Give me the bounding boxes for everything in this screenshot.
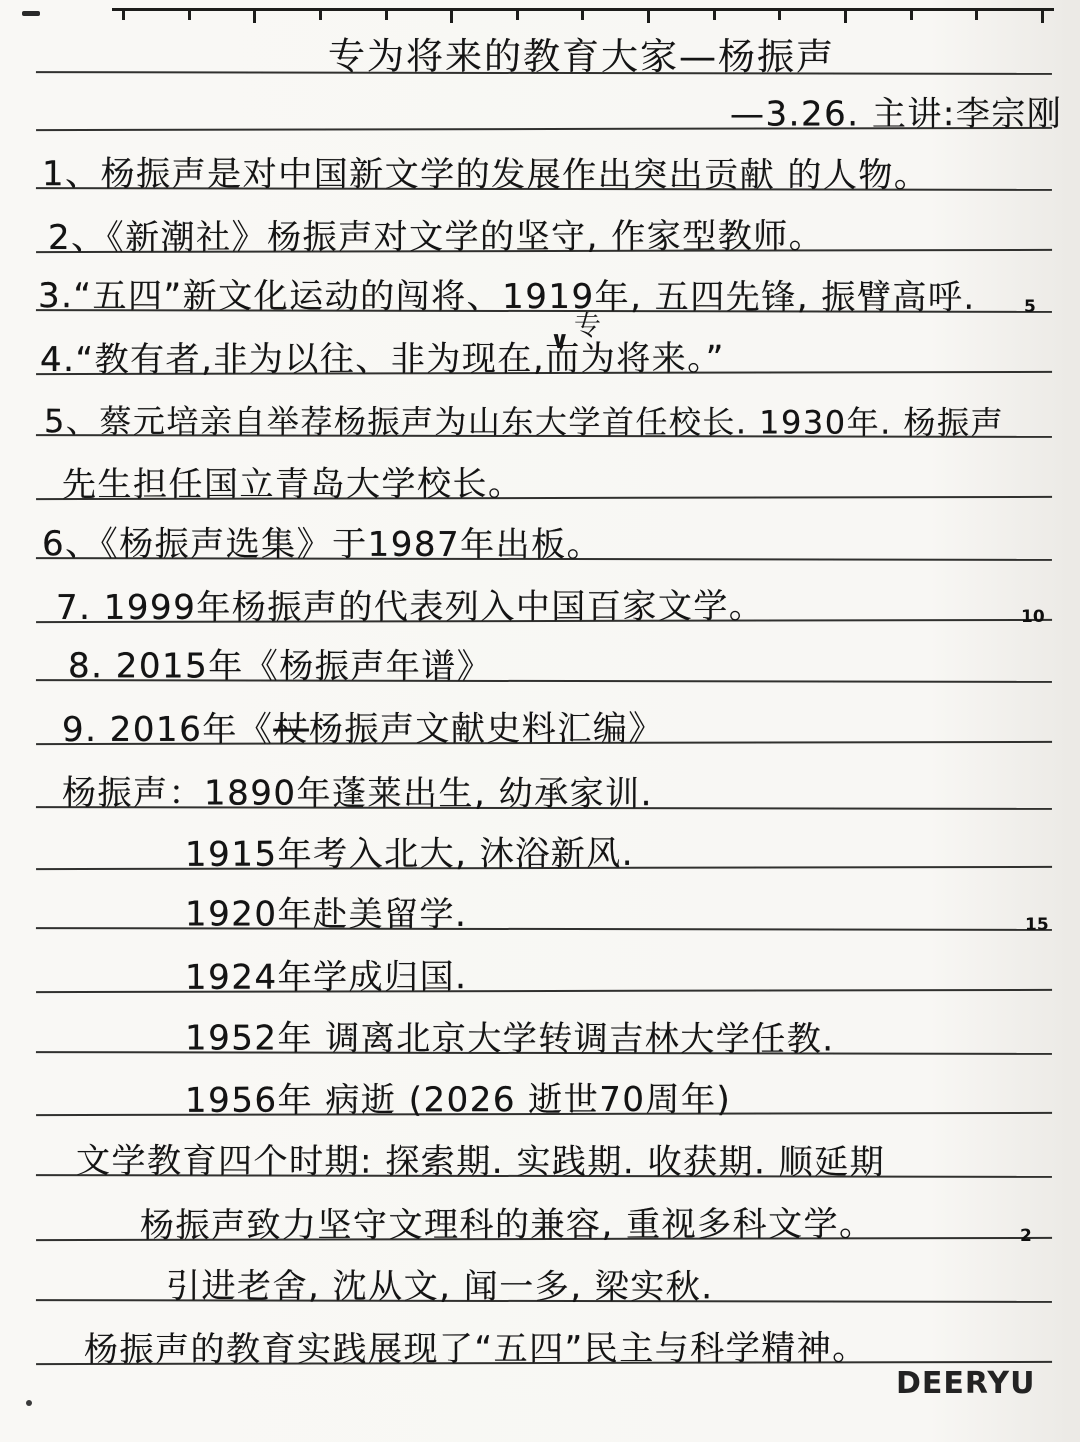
ruled-line: 杨振声致力坚守文理科的兼容, 重视多科文学。 — [36, 1183, 1052, 1241]
caret-icon: ∨ — [550, 326, 570, 354]
ruled-line: 9. 2016年《杖杨振声文献史料汇编》 — [36, 687, 1052, 745]
handwritten-text: 1952年 调离北京大学转调吉林大学任教. — [185, 1010, 835, 1060]
watermark: DEERYU — [896, 1366, 1035, 1401]
handwritten-text: 1915年考入北大, 沐浴新风. — [185, 826, 634, 876]
ruled-line: 4.“教有者,非为以往、非为现在,而为将来。” — [36, 317, 1052, 375]
handwritten-text: 杨振声的教育实践展现了“五四”民主与科学精神。 — [84, 1320, 868, 1371]
ruled-line: 1915年考入北大, 沐浴新风. — [36, 812, 1052, 870]
handwritten-text: 先生担任国立青岛大学校长。 — [62, 456, 524, 506]
handwritten-text: 7. 1999年杨振声的代表列入中国百家文学。 — [56, 579, 764, 629]
handwritten-text: 1956年 病逝 (2026 逝世70周年) — [185, 1072, 731, 1122]
ruled-line: 杨振声的教育实践展现了“五四”民主与科学精神。 — [36, 1307, 1052, 1365]
handwritten-text: 2、《新潮社》杨振声对文学的坚守, 作家型教师。 — [48, 208, 824, 259]
handwritten-text: 9. 2016年《杖杨振声文献史料汇编》 — [62, 701, 664, 751]
ruled-line: 1956年 病逝 (2026 逝世70周年) — [36, 1058, 1052, 1116]
handwritten-text: 引进老舍, 沈从文, 闻一多, 梁实秋. — [166, 1258, 714, 1308]
handwritten-text: 文学教育四个时期: 探索期. 实践期. 收获期. 顺延期 — [76, 1133, 885, 1183]
ruled-line: 8. 2015年《杨振声年谱》 — [36, 625, 1052, 683]
ruled-line: 1924年学成归国. — [36, 935, 1052, 993]
byline: —3.26. 主讲:李宗刚 — [730, 86, 1062, 136]
handwritten-text: 杨振声致力坚守文理科的兼容, 重视多科文学。 — [140, 1196, 875, 1247]
handwritten-text: 杨振声文献史料汇编》 — [309, 709, 664, 750]
margin-line-number-15: 15 — [1025, 915, 1049, 935]
ruled-line: 杨振声：1890年蓬莱出生, 幼承家训. — [36, 752, 1052, 810]
ruled-line: 5、蔡元培亲自举荐杨振声为山东大学首任校长. 1930年. 杨振声 — [36, 380, 1052, 438]
handwritten-text: 杨振声：1890年蓬莱出生, 幼承家训. — [62, 765, 653, 815]
handwritten-text: 4.“教有者,非为以往、非为现在,而为将来。” — [40, 331, 725, 381]
ruled-line: 3.“五四”新文化运动的闯将、1919年, 五四先锋, 振臂高呼. — [36, 255, 1052, 313]
ruled-line: 6、《杨振声选集》于1987年出板。 — [36, 503, 1052, 561]
ruled-line: 1920年赴美留学. — [36, 873, 1052, 931]
ruled-line: 1952年 调离北京大学转调吉林大学任教. — [36, 997, 1052, 1055]
ruled-line: 文学教育四个时期: 探索期. 实践期. 收获期. 顺延期 — [36, 1120, 1052, 1178]
margin-line-number-5: 5 — [1024, 297, 1036, 317]
insertion-mark: ∨ 专 — [548, 304, 618, 360]
handwritten-text: 6、《杨振声选集》于1987年出板。 — [42, 516, 602, 566]
handwritten-text: 1、杨振声是对中国新文学的发展作出突出贡献 的人物。 — [42, 146, 930, 197]
ruled-line: 引进老舍, 沈从文, 闻一多, 梁实秋. — [36, 1245, 1052, 1303]
handwritten-text: 3.“五四”新文化运动的闯将、1919年, 五四先锋, 振臂高呼. — [38, 268, 976, 319]
page-title: 专为将来的教育大家—杨振声 — [328, 26, 835, 81]
handwritten-text: 1920年赴美留学. — [185, 886, 467, 935]
ruled-line: 1、杨振声是对中国新文学的发展作出突出贡献 的人物。 — [36, 133, 1052, 191]
handwritten-text: 5、蔡元培亲自举荐杨振声为山东大学首任校长. 1930年. 杨振声 — [44, 396, 1004, 444]
margin-line-number-20-partial: 2 — [1020, 1226, 1032, 1246]
inserted-character: 专 — [574, 304, 601, 343]
corner-mark — [22, 11, 40, 16]
ruled-line: 2、《新潮社》杨振声对文学的坚守, 作家型教师。 — [36, 195, 1052, 253]
margin-line-number-10: 10 — [1021, 607, 1045, 627]
title-line: 专为将来的教育大家—杨振声 — [36, 17, 1052, 75]
ink-speck — [26, 1400, 32, 1406]
ruled-line: 先生担任国立青岛大学校长。 — [36, 442, 1052, 500]
byline-line: —3.26. 主讲:李宗刚 — [36, 73, 1052, 131]
struck-out-character: 杖 — [273, 709, 309, 749]
notebook-page: 专为将来的教育大家—杨振声 —3.26. 主讲:李宗刚 1、杨振声是对中国新文学… — [0, 0, 1080, 1442]
ruled-line: 7. 1999年杨振声的代表列入中国百家文学。 — [36, 565, 1052, 623]
handwritten-text: 8. 2015年《杨振声年谱》 — [68, 638, 492, 688]
handwritten-text: 9. 2016年《 — [62, 710, 273, 750]
handwritten-text: 1924年学成归国. — [185, 949, 467, 999]
